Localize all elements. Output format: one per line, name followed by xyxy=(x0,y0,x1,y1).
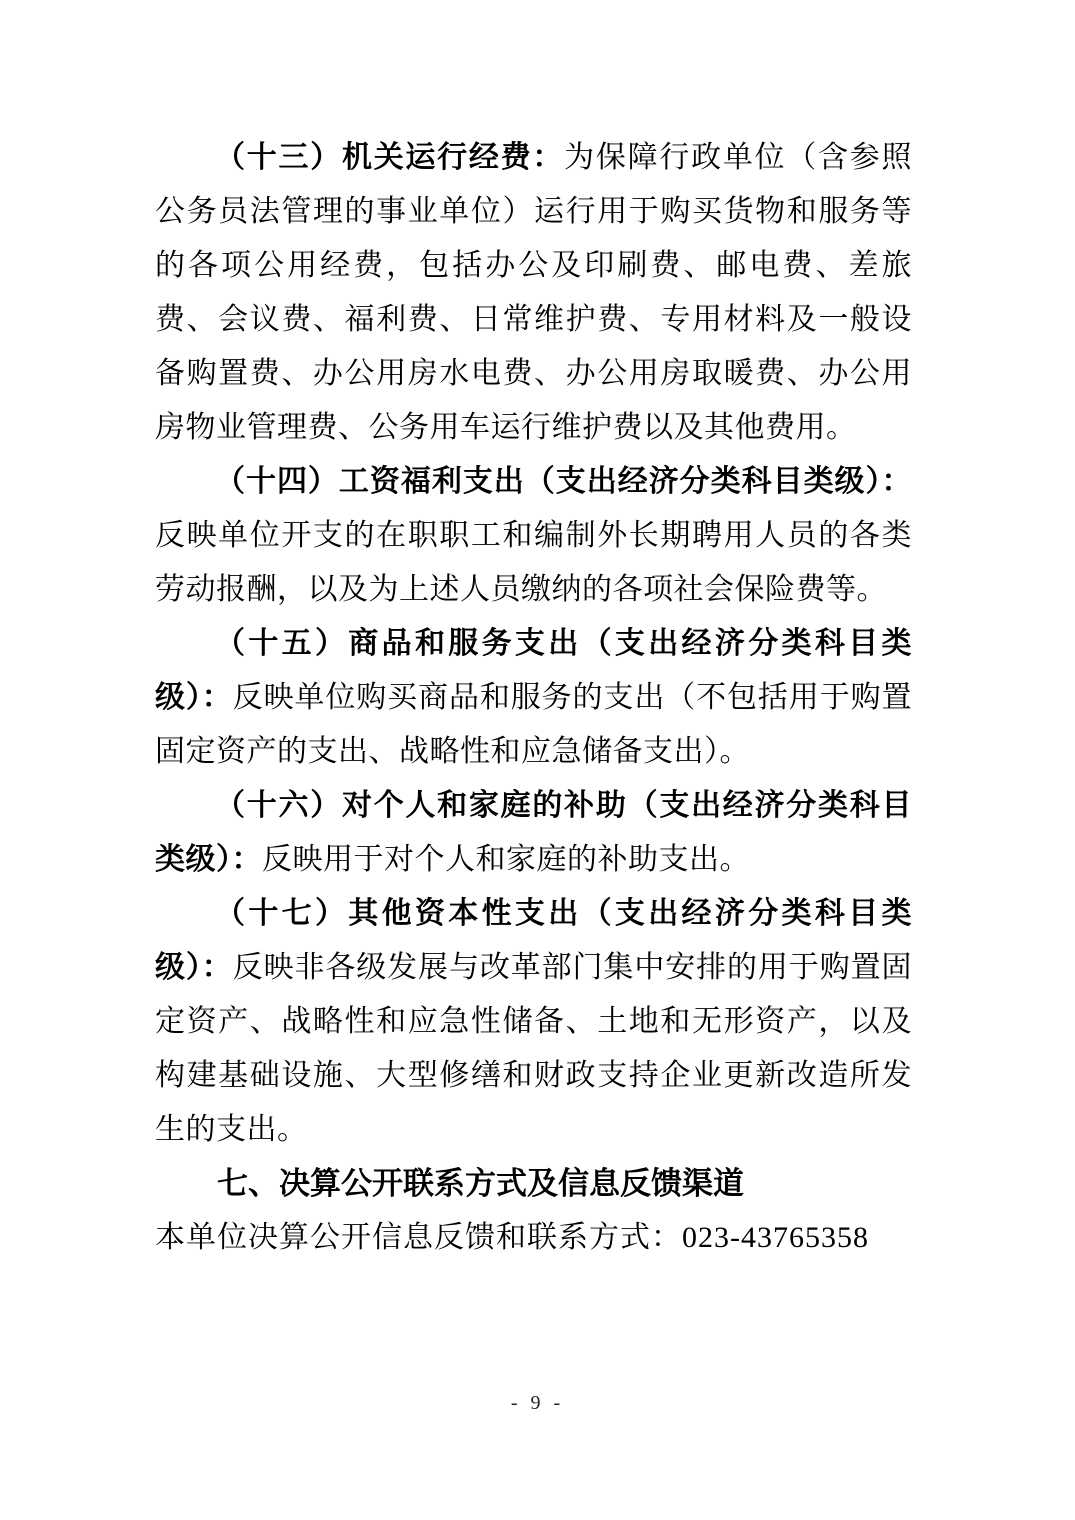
contact-line: 本单位决算公开信息反馈和联系方式：023-43765358 xyxy=(155,1211,912,1265)
section-heading: 七、决算公开联系方式及信息反馈渠道 xyxy=(155,1157,912,1211)
paragraph-17: （十七）其他资本性支出（支出经济分类科目类级）：反映非各级发展与改革部门集中安排… xyxy=(155,887,912,1157)
document-page: （十三）机关运行经费：为保障行政单位（含参照公务员法管理的事业单位）运行用于购买… xyxy=(0,0,1075,1520)
contact-label: 本单位决算公开信息反馈和联系方式： xyxy=(155,1221,682,1254)
paragraph-13-body: 为保障行政单位（含参照公务员法管理的事业单位）运行用于购买货物和服务等的各项公用… xyxy=(155,141,912,444)
paragraph-16-body: 反映用于对个人和家庭的补助支出。 xyxy=(262,843,750,876)
paragraph-14-body: 反映单位开支的在职职工和编制外长期聘用人员的各类劳动报酬，以及为上述人员缴纳的各… xyxy=(155,519,912,606)
contact-phone: 023-43765358 xyxy=(682,1221,869,1254)
paragraph-14: （十四）工资福利支出（支出经济分类科目类级）：反映单位开支的在职职工和编制外长期… xyxy=(155,455,912,617)
paragraph-13: （十三）机关运行经费：为保障行政单位（含参照公务员法管理的事业单位）运行用于购买… xyxy=(155,131,912,455)
paragraph-15-body: 反映单位购买商品和服务的支出（不包括用于购置固定资产的支出、战略性和应急储备支出… xyxy=(155,681,912,768)
paragraph-13-lead: （十三）机关运行经费： xyxy=(215,141,564,174)
page-number: - 9 - xyxy=(511,1392,564,1414)
page-footer: - 9 - xyxy=(0,1392,1075,1415)
document-content: （十三）机关运行经费：为保障行政单位（含参照公务员法管理的事业单位）运行用于购买… xyxy=(155,131,912,1265)
paragraph-16: （十六）对个人和家庭的补助（支出经济分类科目类级）：反映用于对个人和家庭的补助支… xyxy=(155,779,912,887)
paragraph-17-body: 反映非各级发展与改革部门集中安排的用于购置固定资产、战略性和应急性储备、土地和无… xyxy=(155,951,912,1146)
paragraph-15: （十五）商品和服务支出（支出经济分类科目类级）：反映单位购买商品和服务的支出（不… xyxy=(155,617,912,779)
paragraph-14-lead: （十四）工资福利支出（支出经济分类科目类级）： xyxy=(215,465,912,498)
